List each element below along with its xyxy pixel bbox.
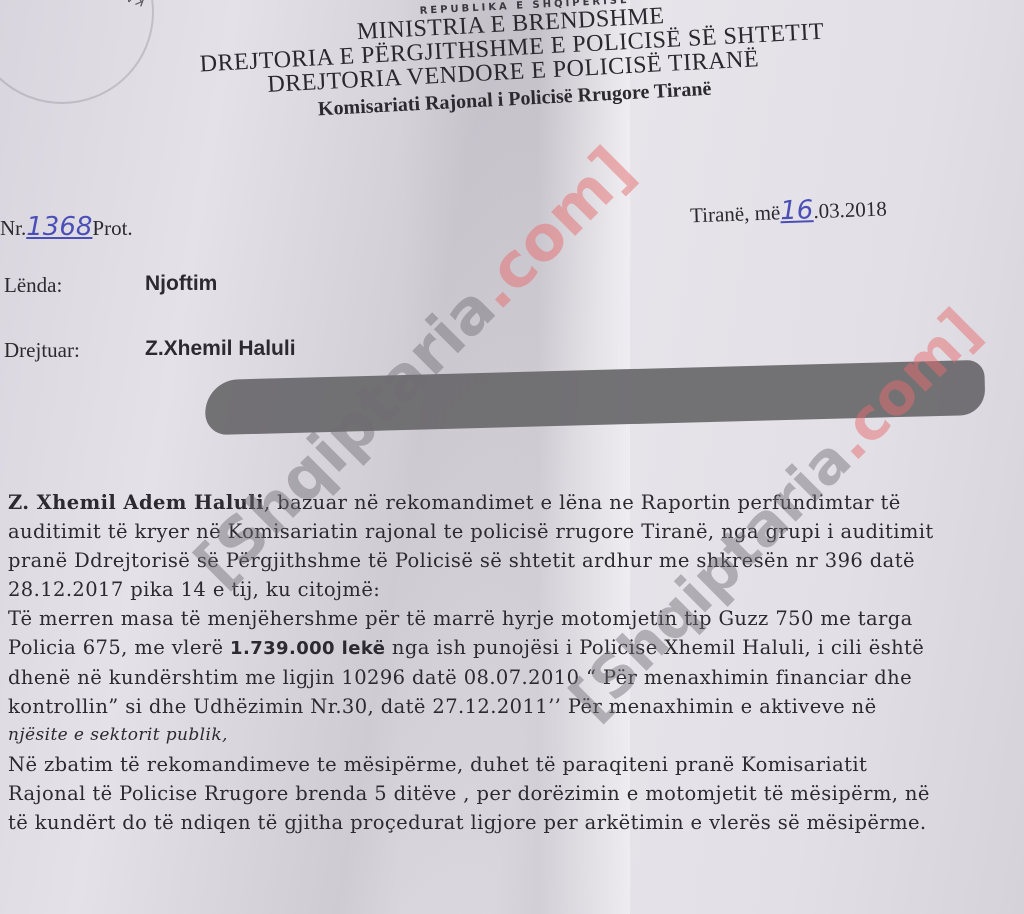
date-rest: .03.2018 <box>813 197 887 224</box>
body-line: dhenë në kundërshtim me ligjin 10296 dat… <box>8 663 993 692</box>
place-label: Tiranë, më <box>690 200 781 227</box>
redaction-mark <box>204 360 985 435</box>
recipient-full-name: Z. Xhemil Adem Haluli <box>8 491 264 514</box>
body-line: të kundërt do të ndiqen të gjitha proçed… <box>8 808 993 837</box>
body-line: 28.12.2017 pika 14 e tij, ku citojmë: <box>8 575 993 604</box>
seal-text: KASTRIOTI SKENDERBE <box>0 0 152 8</box>
body-line: Policia 675, me vlerë 1.739.000 lekë nga… <box>8 633 993 663</box>
body-line: Z. Xhemil Adem Haluli, bazuar në rekoman… <box>8 488 993 517</box>
protocol-number: Nr.1368Prot. <box>0 212 133 242</box>
subject-value: Njoftim <box>145 272 217 296</box>
amount-value: 1.739.000 lekë <box>230 638 385 659</box>
body-text: Policia 675, me vlerë <box>8 636 230 659</box>
addressed-value: Z.Xhemil Haluli <box>145 337 296 361</box>
day-handwritten: 16 <box>780 195 814 226</box>
addressed-label: Drejtuar: <box>4 338 80 363</box>
body-line: auditimit të kryer në Komisariatin rajon… <box>8 517 993 546</box>
body-line: Rajonal të Policise Rrugore brenda 5 dit… <box>8 779 993 808</box>
body-line: Në zbatim të rekomandimeve te mësipërme,… <box>8 750 993 779</box>
body-text: nga ish punojësi i Policise Xhemil Halul… <box>385 636 924 659</box>
body-line: kontrollin” si dhe Udhëzimin Nr.30, datë… <box>8 692 993 721</box>
nr-handwritten: 1368 <box>26 212 92 242</box>
subject-label: Lënda: <box>4 273 62 298</box>
watermark-suffix: .com] <box>458 133 648 323</box>
body-line: Të merren masa të menjëhershme për të ma… <box>8 604 993 633</box>
document-date: Tiranë, më16.03.2018 <box>690 193 888 230</box>
body-text: , bazuar në rekomandimet e lëna ne Rapor… <box>264 491 901 514</box>
letter-body: Z. Xhemil Adem Haluli, bazuar në rekoman… <box>8 488 993 837</box>
nr-label: Nr. <box>0 216 26 240</box>
prot-label: Prot. <box>92 216 132 240</box>
letterhead: REPUBLIKA E SHQIPËRISË MINISTRIA E BREND… <box>150 0 875 130</box>
body-line: pranë Ddrejtorisë së Përgjithshme të Pol… <box>8 546 993 575</box>
body-line: njësite e sektorit publik, <box>8 721 993 750</box>
state-seal-icon: KASTRIOTI SKENDERBE <box>0 0 154 104</box>
